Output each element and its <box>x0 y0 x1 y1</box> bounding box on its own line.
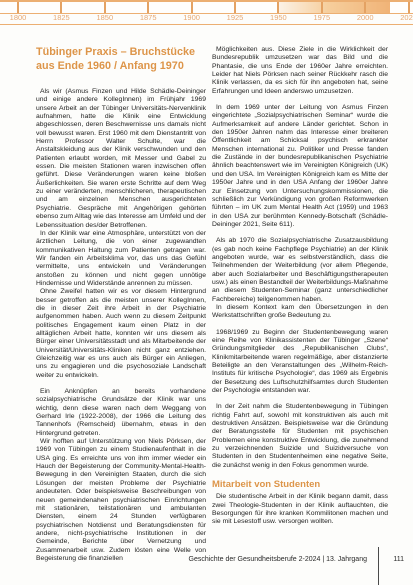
timeline-tick <box>191 2 193 13</box>
timeline-tick <box>408 2 410 13</box>
journal-page: { "colors": { "accent_orange": "#DD9549"… <box>0 0 413 585</box>
left-column: Tübinger Praxis – Bruchstücke aus Ende 1… <box>36 46 206 563</box>
timeline-bar <box>0 0 413 14</box>
paragraph: In der Klinik war eine Atmosphäre, unter… <box>36 230 206 288</box>
timeline-year-label: 1900 <box>183 13 200 22</box>
paragraph: Wir hofften auf Unterstützung von Niels … <box>36 438 206 563</box>
page-number: 111 <box>393 556 404 563</box>
timeline: 1800182518501875190019251950197520002025 <box>0 0 413 25</box>
timeline-tick <box>234 2 236 13</box>
timeline-year-label: 1950 <box>270 13 287 22</box>
timeline-tick <box>60 2 62 13</box>
timeline-tick <box>277 2 279 13</box>
paragraph: Als ab 1970 die Sozialpsychiatrische Zus… <box>212 237 388 304</box>
paragraph: Ein Anknüpfen an bereits vorhandene sozi… <box>36 388 206 438</box>
paragraph: Die studentische Arbeit in der Klinik be… <box>212 493 388 526</box>
right-column-content: Möglichkeiten aus. Diese Ziele in die Wi… <box>212 46 388 527</box>
timeline-year-label: 1825 <box>53 13 70 22</box>
timeline-tick <box>321 2 323 13</box>
paragraph: Als wir (Asmus Finzen und Hilde Schädle-… <box>36 88 206 230</box>
timeline-year-label: 1800 <box>10 13 27 22</box>
paragraph: Möglichkeiten aus. Diese Ziele in die Wi… <box>212 46 388 96</box>
timeline-year-label: 1850 <box>96 13 113 22</box>
timeline-tick <box>147 2 149 13</box>
footer-divider <box>378 547 379 585</box>
article-body: Tübinger Praxis – Bruchstücke aus Ende 1… <box>36 46 388 563</box>
paragraph: In der Zeit nahm die Studentenbewegung i… <box>212 403 388 470</box>
timeline-tick <box>17 2 19 13</box>
timeline-year-label: 2025 <box>400 13 413 22</box>
paragraph: In dem 1969 unter der Leitung von Asmus … <box>212 104 388 229</box>
timeline-year-label: 1875 <box>140 13 157 22</box>
journal-citation: Geschichte der Gesundheitsberufe 2-2024 … <box>189 556 368 563</box>
article-title: Tübinger Praxis – Bruchstücke aus Ende 1… <box>36 46 206 73</box>
timeline-highlight <box>278 2 390 13</box>
page-footer: Geschichte der Gesundheitsberufe 2-2024 … <box>0 547 413 585</box>
timeline-tick <box>104 2 106 13</box>
left-column-content: Als wir (Asmus Finzen und Hilde Schädle-… <box>36 88 206 563</box>
paragraph: Ohne Zweifel hatten wir es vor diesem Hi… <box>36 288 206 380</box>
right-column: Möglichkeiten aus. Diese Ziele in die Wi… <box>212 46 388 563</box>
section-heading: Mitarbeit von Studenten <box>212 479 388 490</box>
timeline-year-label: 1925 <box>227 13 244 22</box>
timeline-year-label: 1975 <box>313 13 330 22</box>
timeline-tick <box>364 2 366 13</box>
timeline-year-label: 2000 <box>357 13 374 22</box>
paragraph: 1968/1969 zu Beginn der Studentenbewegun… <box>212 329 388 396</box>
paragraph: In diesem Kontext kam den Übersetzungen … <box>212 304 388 321</box>
timeline-rule <box>0 24 413 25</box>
